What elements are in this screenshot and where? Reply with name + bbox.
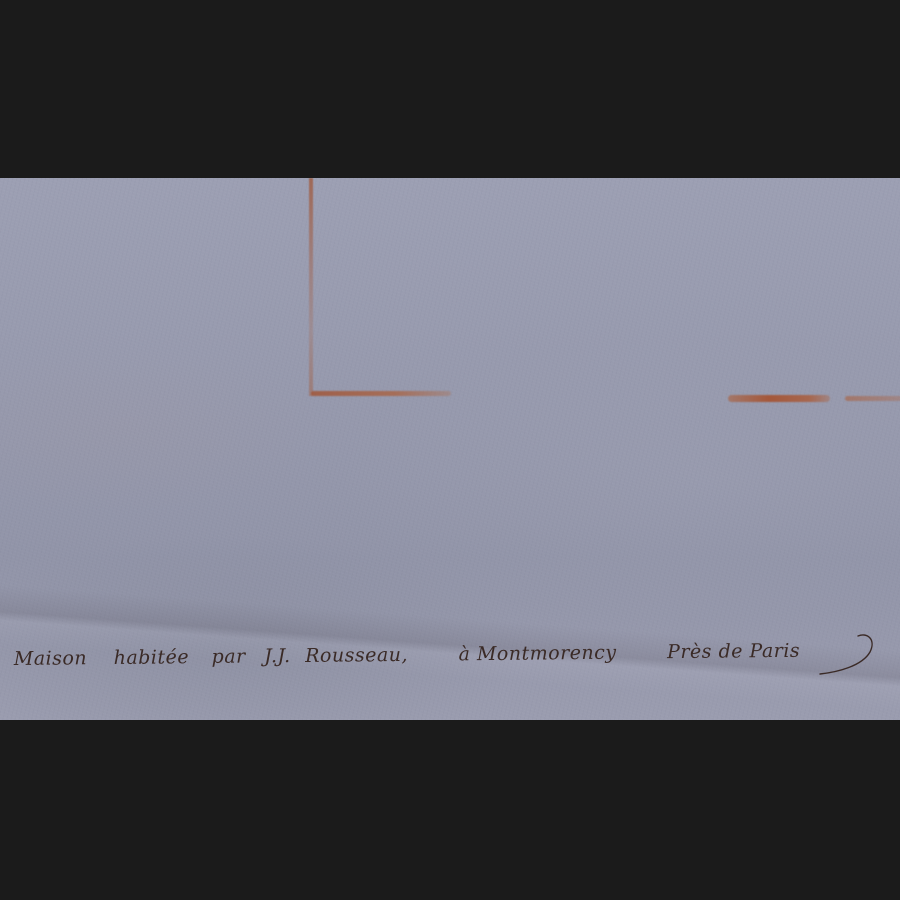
caption-word: Maison xyxy=(14,647,88,670)
chalk-horizontal-line-edge xyxy=(845,396,900,401)
paper-sheet: Maison habitée par J.J. Rousseau, à Mont… xyxy=(0,178,900,720)
signature-flourish-icon xyxy=(818,630,878,682)
caption-word: à Montmorency xyxy=(458,642,616,666)
caption-word: Rousseau, xyxy=(305,644,408,667)
chalk-horizontal-line-right xyxy=(728,395,830,402)
handwritten-caption: Maison habitée par J.J. Rousseau, à Mont… xyxy=(14,639,895,708)
chalk-horizontal-line-left xyxy=(311,391,451,396)
caption-word: habitée xyxy=(114,646,190,669)
caption-word: Près de Paris xyxy=(667,640,800,663)
chalk-vertical-line xyxy=(309,178,313,396)
image-frame: Maison habitée par J.J. Rousseau, à Mont… xyxy=(0,0,900,900)
caption-word: par xyxy=(212,646,246,668)
caption-word: J.J. xyxy=(264,645,291,667)
